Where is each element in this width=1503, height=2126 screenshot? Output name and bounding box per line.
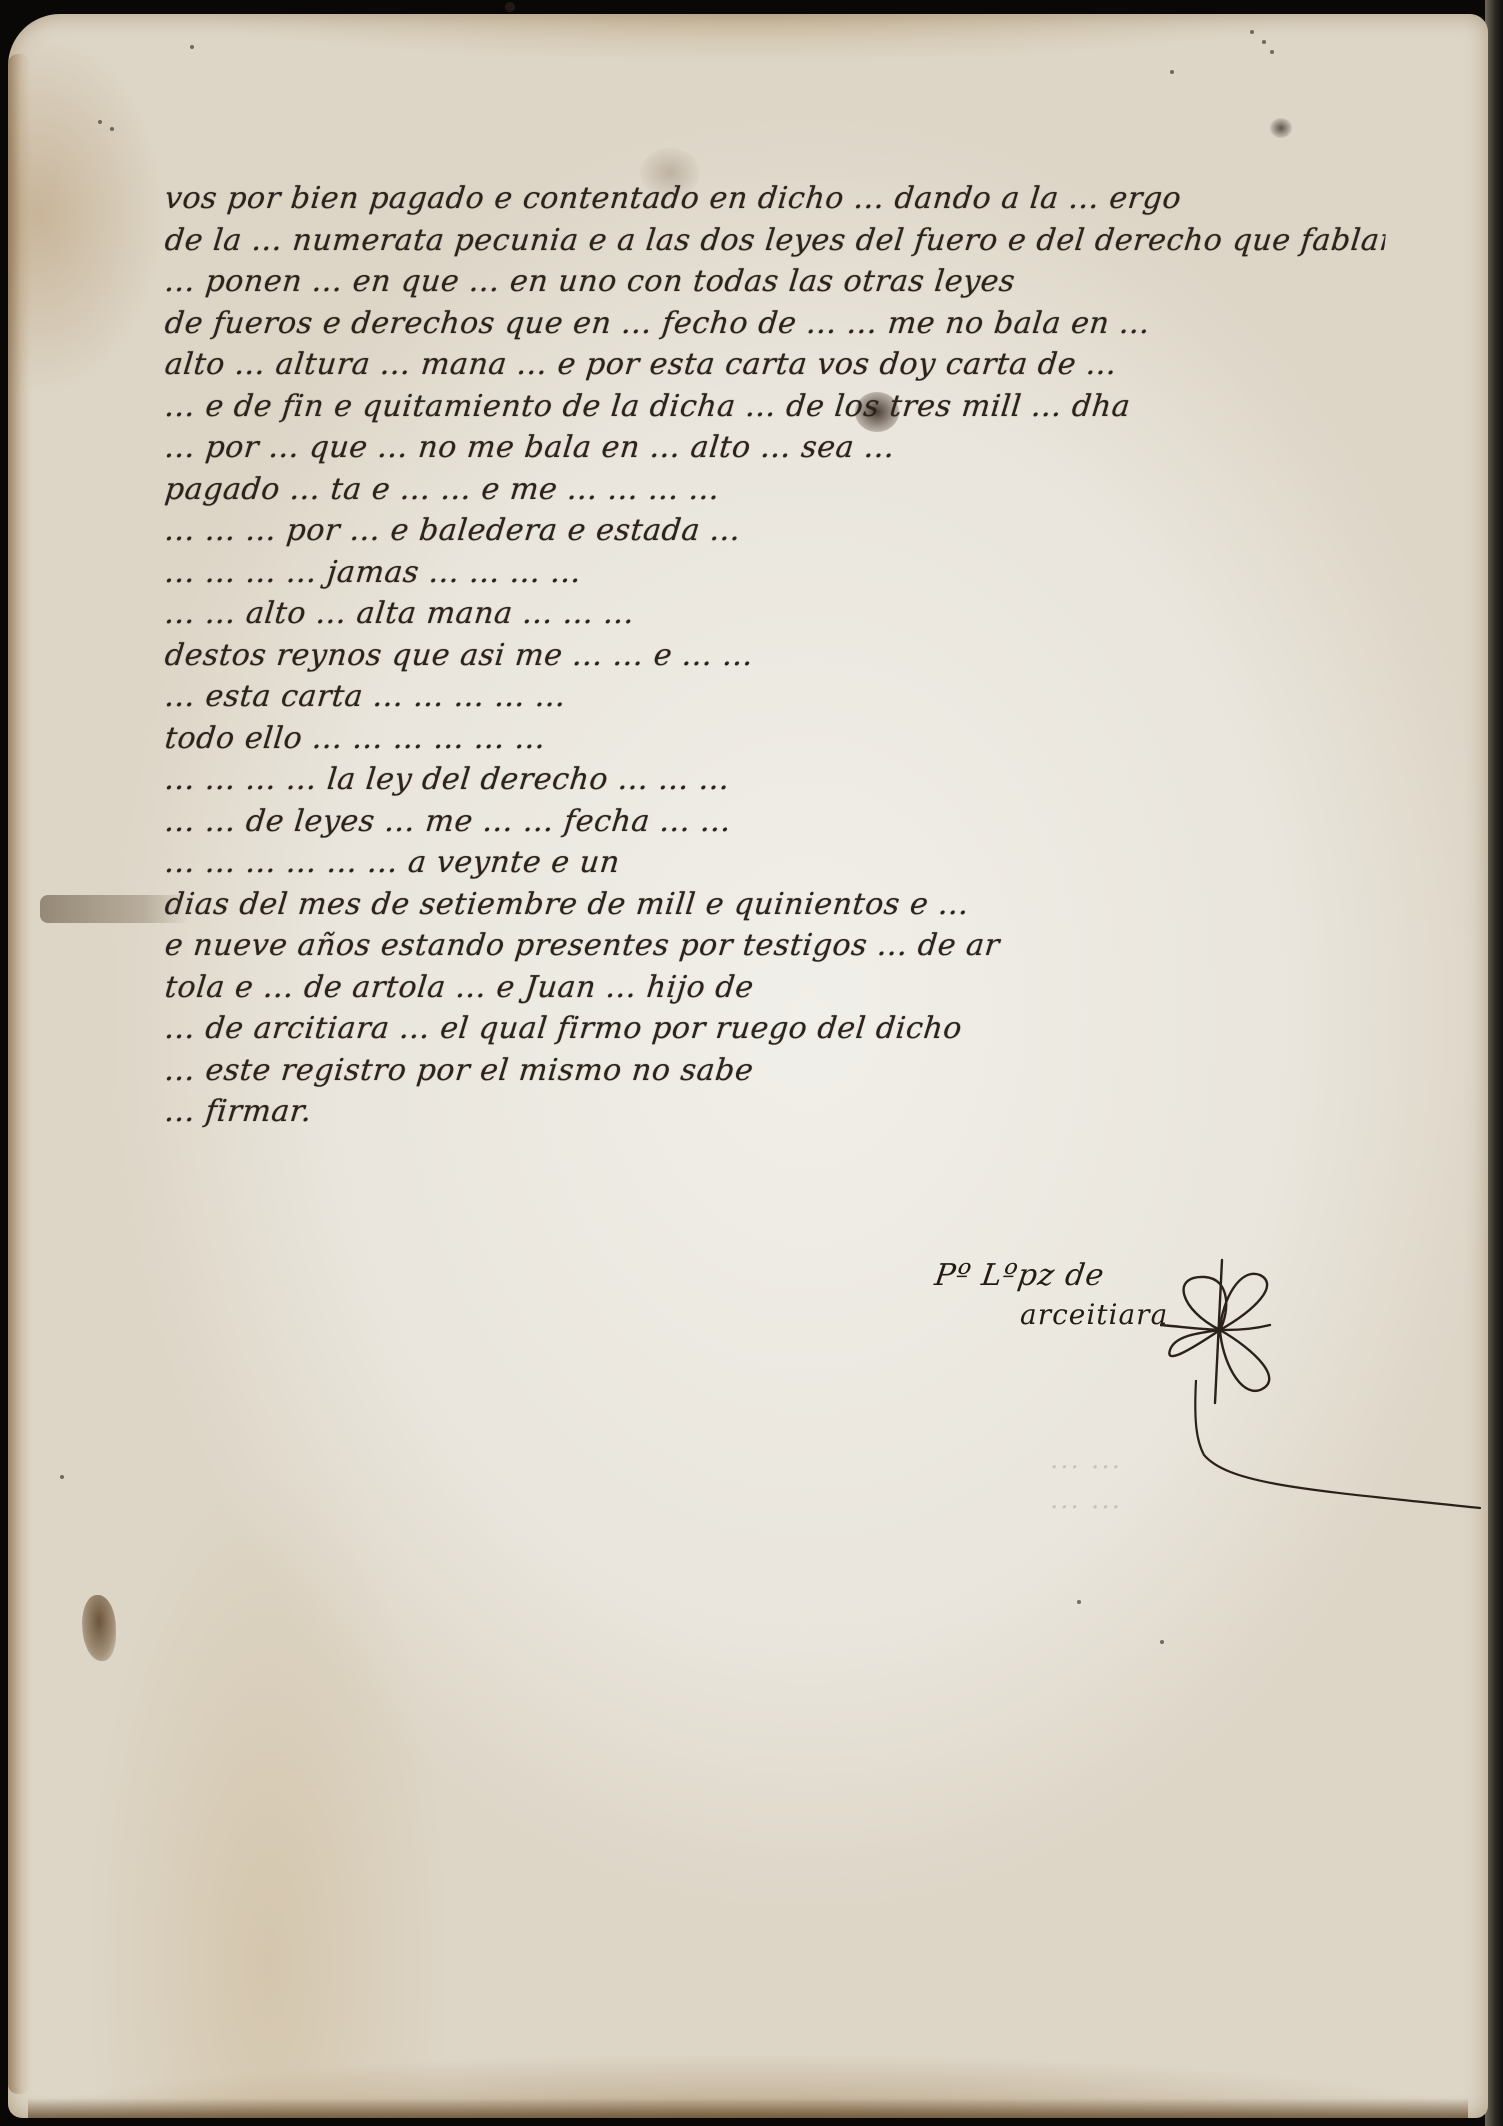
speckle — [1270, 50, 1274, 54]
text-line: e nueve años estando presentes por testi… — [163, 925, 1387, 967]
text-line: ... ponen ... en que ... en uno con toda… — [163, 261, 1387, 303]
text-line: ... ... alto ... alta mana ... ... ... — [163, 593, 1387, 635]
text-line: ... firmar. — [163, 1091, 587, 1133]
leaf-left-edge-stain — [8, 54, 30, 2094]
text-line: ... por ... que ... no me bala en ... al… — [163, 427, 1387, 469]
text-line: tola e ... de artola ... e Juan ... hijo… — [163, 967, 1387, 1009]
text-line: destos reynos que asi me ... ... e ... .… — [163, 635, 1387, 677]
text-line: de la ... numerata pecunia e a las dos l… — [163, 220, 1387, 262]
speckle — [1077, 1600, 1081, 1604]
signature-name: Pº Lºpz de — [933, 1258, 1107, 1293]
speckle — [1250, 30, 1254, 34]
text-line: ... ... de leyes ... me ... ... fecha ..… — [163, 801, 1387, 843]
text-line: ... ... ... ... la ley del derecho ... .… — [163, 759, 1387, 801]
text-line: ... ... ... por ... e baledera e estada … — [163, 510, 1387, 552]
text-line: alto ... altura ... mana ... e por esta … — [163, 344, 1387, 386]
signature-surname: arceitiara — [1020, 1298, 1168, 1331]
text-line: de fueros e derechos que en ... fecho de… — [163, 303, 1387, 345]
speckle — [190, 45, 194, 49]
rubric-tail-stroke — [1190, 1380, 1490, 1520]
speckle — [60, 1475, 64, 1479]
text-line: vos por bien pagado e contentado en dich… — [163, 178, 1417, 220]
speckle — [1170, 70, 1174, 74]
text-line: ... ... ... ... ... ... a veynte e un — [163, 842, 1387, 884]
text-line: ... este registro por el mismo no sabe — [163, 1050, 1387, 1092]
speckle — [1160, 1640, 1164, 1644]
text-line: ... esta carta ... ... ... ... ... — [163, 676, 1387, 718]
manuscript-text-block: vos por bien pagado e contentado en dich… — [165, 178, 1385, 1133]
text-line: ... e de fin e quitamiento de la dicha .… — [163, 386, 1387, 428]
text-line: pagado ... ta e ... ... e me ... ... ...… — [163, 469, 1387, 511]
speckle — [1262, 40, 1266, 44]
speckle — [110, 127, 114, 131]
leaf-bottom-edge-stain — [28, 2098, 1468, 2118]
text-line: ... de arcitiara ... el qual firmo por r… — [163, 1008, 1387, 1050]
text-line: dias del mes de setiembre de mill e quin… — [163, 884, 1387, 926]
speckle — [98, 120, 102, 124]
text-line: ... ... ... ... jamas ... ... ... ... — [163, 552, 1387, 594]
text-line: todo ello ... ... ... ... ... ... — [163, 718, 1387, 760]
